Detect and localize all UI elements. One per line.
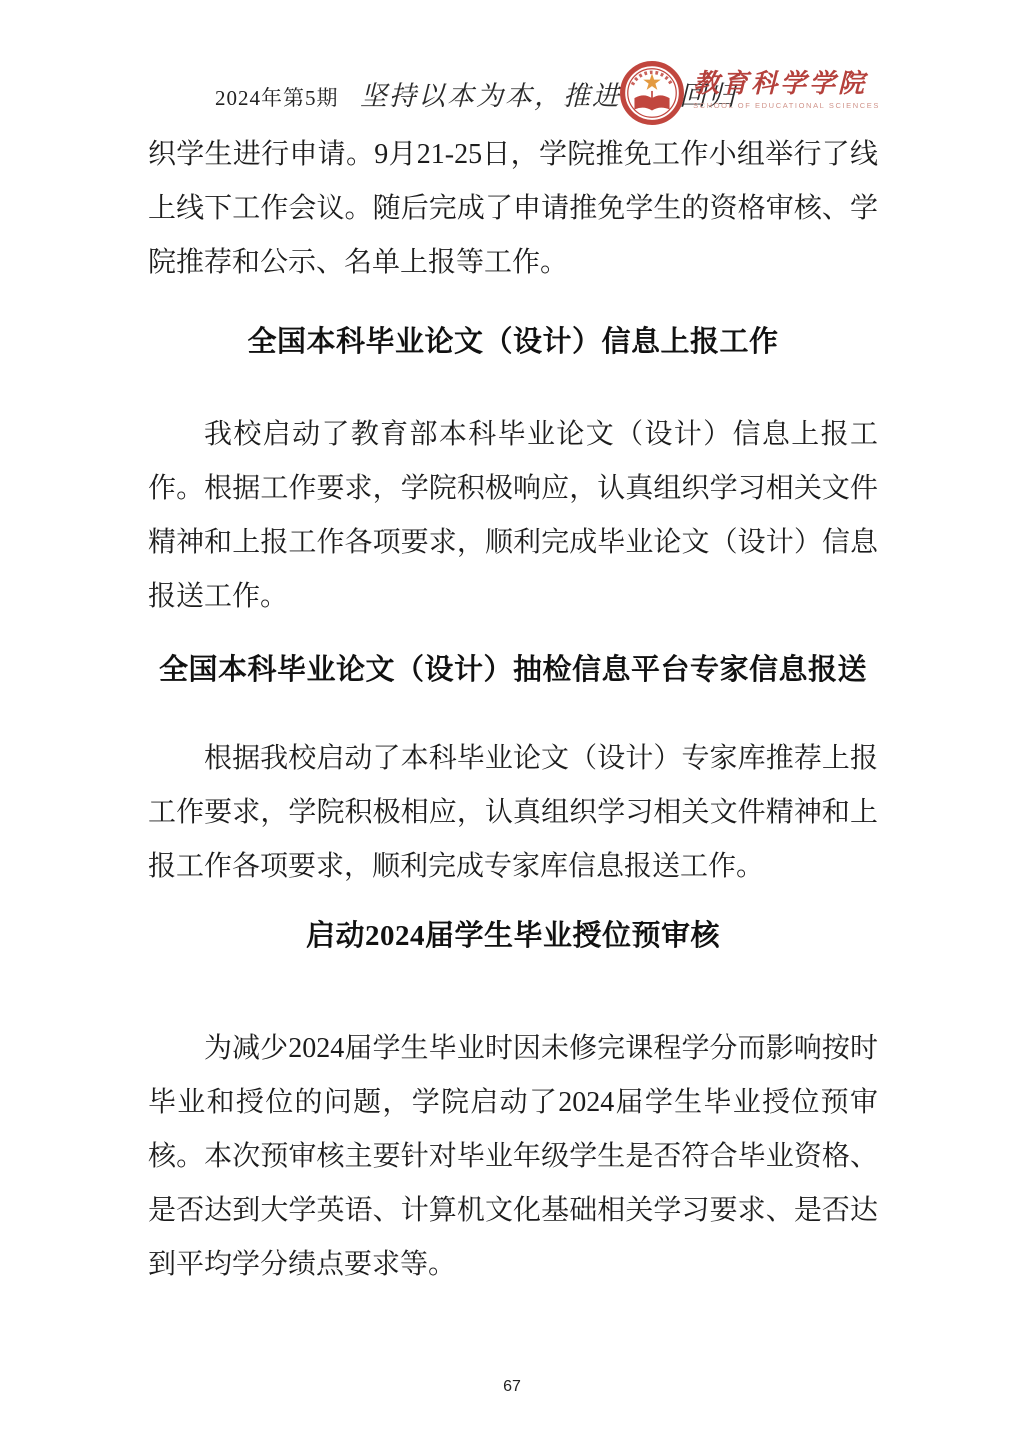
logo-school-subtitle: SCHOOL OF EDUCATIONAL SCIENCES xyxy=(693,101,880,110)
document-page: 2024年第5期 坚持以本为本，推进四个回归 教育科学学院 SCHOOL OF … xyxy=(0,0,1024,1448)
section-expert-info-submission: 全国本科毕业论文（设计）抽检信息平台专家信息报送 根据我校启动了本科毕业论文（设… xyxy=(148,650,878,894)
logo-text-block: 教育科学学院 SCHOOL OF EDUCATIONAL SCIENCES xyxy=(693,60,880,110)
school-logo: 教育科学学院 SCHOOL OF EDUCATIONAL SCIENCES xyxy=(619,60,880,131)
page-number: 67 xyxy=(503,1378,521,1395)
section-body: 我校启动了教育部本科毕业论文（设计）信息上报工作。根据工作要求，学院积极响应，认… xyxy=(148,408,878,624)
section-heading: 启动2024届学生毕业授位预审核 xyxy=(148,916,878,956)
section-body: 为减少2024届学生毕业时因未修完课程学分而影响按时毕业和授位的问题，学院启动了… xyxy=(148,1022,878,1292)
section-heading: 全国本科毕业论文（设计）抽检信息平台专家信息报送 xyxy=(148,650,878,690)
section-thesis-info-report: 全国本科毕业论文（设计）信息上报工作 我校启动了教育部本科毕业论文（设计）信息上… xyxy=(148,322,878,624)
school-emblem-icon xyxy=(619,60,685,131)
page-footer: 67 xyxy=(0,1378,1024,1396)
section-body: 根据我校启动了本科毕业论文（设计）专家库推荐上报工作要求，学院积极相应，认真组织… xyxy=(148,732,878,894)
section-graduation-precheck: 启动2024届学生毕业授位预审核 为减少2024届学生毕业时因未修完课程学分而影… xyxy=(148,916,878,1292)
issue-label: 2024年第5期 xyxy=(215,82,339,112)
document-body: 织学生进行申请。9月21-25日，学院推免工作小组举行了线上线下工作会议。随后完… xyxy=(148,128,878,1292)
logo-school-name: 教育科学学院 xyxy=(693,70,880,99)
paragraph-continuation: 织学生进行申请。9月21-25日，学院推免工作小组举行了线上线下工作会议。随后完… xyxy=(148,128,878,290)
page-header: 2024年第5期 坚持以本为本，推进四个回归 教育科学学院 SCHOOL OF … xyxy=(148,60,880,132)
section-heading: 全国本科毕业论文（设计）信息上报工作 xyxy=(148,322,878,362)
